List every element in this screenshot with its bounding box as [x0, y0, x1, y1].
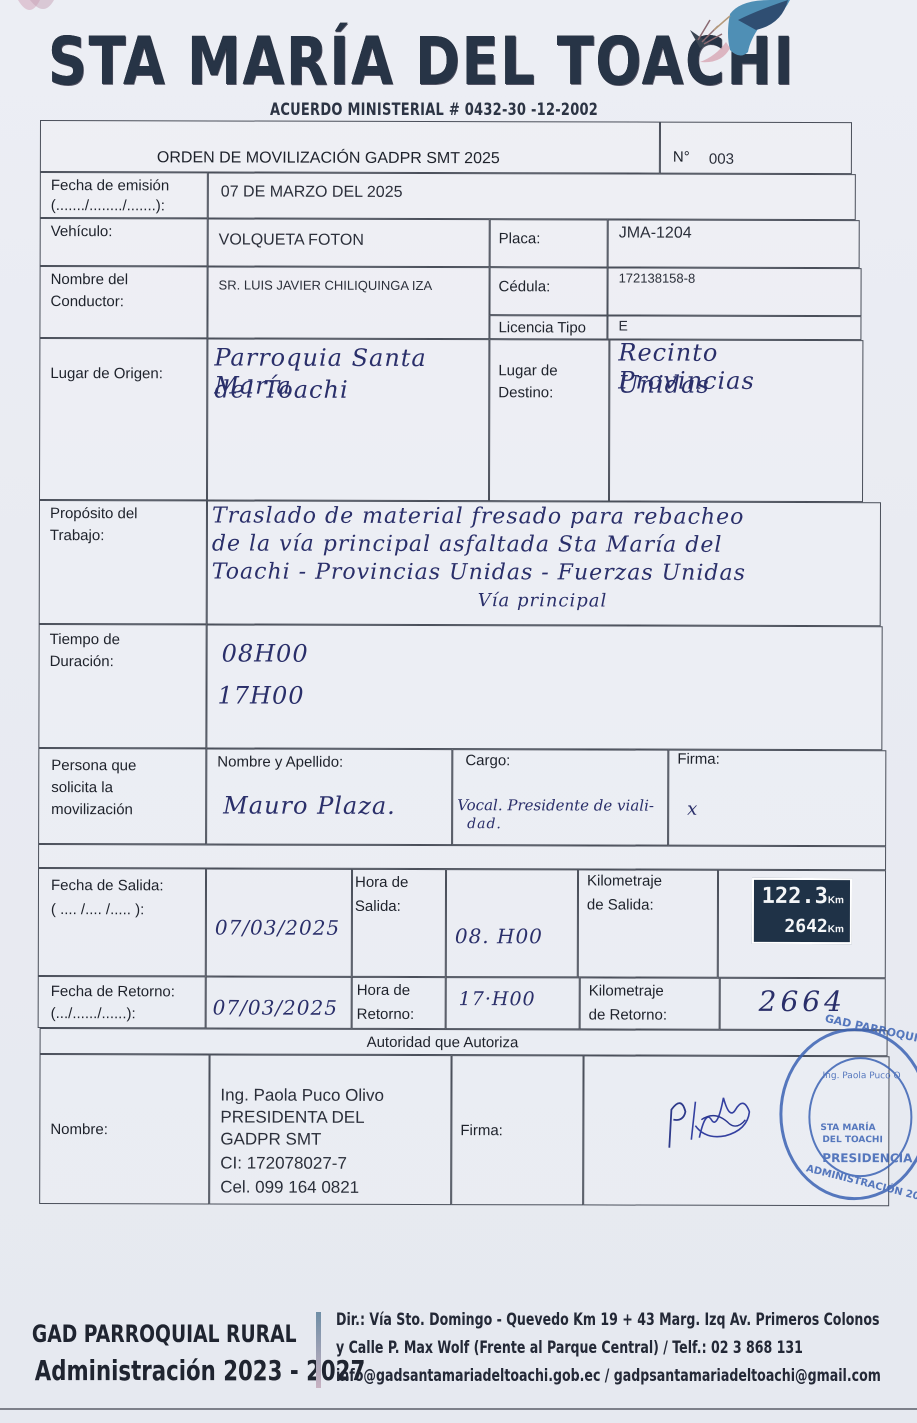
- footer-rule: [0, 1408, 917, 1410]
- stamp-role: PRESIDENCIA: [822, 1151, 912, 1165]
- autoridad-value-cell[interactable]: Ing. Paola Puco Olivo PRESIDENTA DEL GAD…: [209, 1054, 451, 1205]
- proposito-value-cell[interactable]: Traslado de material fresado para rebach…: [207, 500, 881, 626]
- cedula-label: Cédula:: [499, 276, 551, 298]
- origen-label: Lugar de Origen:: [50, 363, 163, 385]
- tiempo-value-cell[interactable]: 08H00 17H00: [206, 624, 882, 750]
- destino-label-2: Destino:: [498, 382, 553, 404]
- placa-label: Placa:: [499, 228, 541, 250]
- firma-solicitante-cell[interactable]: Firma: x: [668, 750, 886, 847]
- odometer-trip: 122.3: [762, 884, 828, 909]
- autoridad-line-4: CI: 172078027-7: [220, 1153, 347, 1173]
- fecha-retorno-value-cell[interactable]: 07/03/2025: [206, 976, 352, 1028]
- conductor-value: SR. LUIS JAVIER CHILIQUINGA IZA: [219, 277, 433, 293]
- footer-address-2: y Calle P. Max Wolf (Frente al Parque Ce…: [336, 1334, 795, 1362]
- brand-title: STA MARÍA DEL TOACHI: [48, 22, 589, 102]
- signature-icon: [665, 1090, 765, 1150]
- cedula-label-cell: Cédula:: [489, 267, 607, 315]
- vehiculo-label-cell: Vehículo:: [40, 218, 208, 266]
- autoridad-header-cell: Autoridad que Autoriza: [40, 1028, 888, 1056]
- fecha-retorno-label: Fecha de Retorno:: [51, 981, 175, 1003]
- proposito-line-1: Traslado de material fresado para rebach…: [212, 503, 745, 529]
- fecha-salida-value-cell[interactable]: 07/03/2025: [206, 868, 352, 976]
- autoridad-line-1: Ing. Paola Puco Olivo: [220, 1085, 384, 1105]
- licencia-value-cell[interactable]: E: [607, 315, 861, 340]
- fecha-emision-label: Fecha de emisión: [51, 175, 169, 197]
- hora-salida-label-1: Hora de: [355, 872, 408, 894]
- licencia-label-cell: Licencia Tipo: [489, 315, 607, 339]
- odometer-photo: 122.3Km 2642Km: [752, 878, 852, 944]
- tiempo-inicio: 08H00: [222, 639, 309, 667]
- odometer-unit-trip: Km: [828, 895, 844, 906]
- vehiculo-label: Vehículo:: [51, 221, 113, 243]
- footer-org-1: GAD PARROQUIAL RURAL: [32, 1320, 258, 1348]
- form-title: ORDEN DE MOVILIZACIÓN GADPR SMT 2025: [157, 147, 500, 170]
- stamp-logo-1: STA MARÍA: [820, 1123, 875, 1133]
- title-cell: ORDEN DE MOVILIZACIÓN GADPR SMT 2025: [40, 120, 660, 174]
- nombre-label: Nombre:: [50, 1119, 108, 1141]
- km-retorno-label-2: de Retorno:: [589, 1004, 667, 1026]
- cargo-cell[interactable]: Cargo: Vocal. Presidente de viali- dad.: [452, 749, 668, 846]
- conductor-label-cell: Nombre del Conductor:: [39, 266, 207, 338]
- cedula-value-cell[interactable]: 172138158-8: [607, 267, 861, 316]
- autoridad-firma-label-cell: Firma:: [451, 1055, 583, 1205]
- fecha-emision-value: 07 DE MARZO DEL 2025: [221, 183, 403, 201]
- destino-label-cell: Lugar de Destino:: [489, 339, 609, 501]
- fecha-salida-format: ( .... /.... /..... ):: [51, 899, 144, 921]
- nombre-apellido-value: Mauro Plaza.: [223, 791, 396, 819]
- origen-value-2: del Toachi: [214, 375, 348, 403]
- fecha-salida-label-cell: Fecha de Salida: ( .... /.... /..... ):: [38, 868, 206, 976]
- odometer-total: 2642: [784, 916, 827, 937]
- autoridad-firma-label: Firma:: [460, 1120, 503, 1142]
- stamp-logo-2: DEL TOACHI: [822, 1135, 883, 1145]
- hora-retorno-value: 17·H00: [459, 988, 536, 1010]
- km-salida-label-cell: Kilometraje de Salida:: [578, 869, 718, 977]
- fecha-emision-value-cell[interactable]: 07 DE MARZO DEL 2025: [208, 172, 856, 220]
- tiempo-label-cell: Tiempo de Duración:: [38, 624, 206, 748]
- km-retorno-label-cell: Kilometraje de Retorno:: [580, 977, 720, 1029]
- cedula-value: 172138158-8: [619, 271, 696, 286]
- proposito-line-2: de la vía principal asfaltada Sta María …: [212, 531, 723, 557]
- licencia-value: E: [618, 318, 627, 334]
- km-retorno-label-1: Kilometraje: [589, 980, 664, 1002]
- conductor-label-1: Nombre del: [51, 269, 129, 291]
- hora-salida-value: 08. H00: [455, 924, 543, 948]
- vehiculo-value: VOLQUETA FOTON: [219, 231, 364, 249]
- order-number: 003: [709, 151, 734, 168]
- proposito-label-cell: Propósito del Trabajo:: [39, 500, 207, 624]
- solicita-label-2: solicita la: [51, 777, 113, 799]
- conductor-value-cell[interactable]: SR. LUIS JAVIER CHILIQUINGA IZA: [207, 266, 489, 339]
- proposito-line-4: Vía principal: [478, 590, 608, 611]
- cargo-value-2: dad.: [467, 816, 502, 832]
- cargo-value-1: Vocal. Presidente de viali-: [457, 796, 654, 815]
- cargo-label: Cargo:: [465, 750, 510, 772]
- conductor-label-2: Conductor:: [50, 291, 123, 313]
- autoridad-line-2: PRESIDENTA DEL: [220, 1107, 364, 1127]
- origen-label-cell: Lugar de Origen:: [39, 338, 207, 500]
- placa-value: JMA-1204: [619, 225, 692, 243]
- hora-salida-label-cell: Hora de Salida:: [352, 869, 446, 977]
- destino-label-1: Lugar de: [498, 360, 557, 382]
- mobilization-order-form: ORDEN DE MOVILIZACIÓN GADPR SMT 2025 N° …: [37, 120, 892, 1208]
- tiempo-label-2: Duración:: [50, 651, 114, 673]
- spacer-row: [38, 844, 886, 870]
- placa-label-cell: Placa:: [490, 219, 608, 267]
- fecha-salida-value: 07/03/2025: [215, 915, 340, 939]
- proposito-label-1: Propósito del: [50, 503, 138, 525]
- hora-salida-value-cell[interactable]: 08. H00: [446, 869, 578, 977]
- solicita-label-1: Persona que: [51, 755, 136, 777]
- nombre-apellido-cell[interactable]: Nombre y Apellido: Mauro Plaza.: [206, 748, 452, 845]
- proposito-line-3: Toachi - Provincias Unidas - Fuerzas Uni…: [212, 559, 746, 585]
- fecha-emision-label-cell: Fecha de emisión (......./......../.....…: [40, 172, 208, 218]
- footer-emails[interactable]: info@gadsantamariadeltoachi.gob.ec / gad…: [336, 1362, 795, 1390]
- fecha-retorno-label-cell: Fecha de Retorno: (.../....../......):: [38, 976, 206, 1028]
- autoridad-line-5: Cel. 099 164 0821: [220, 1177, 359, 1197]
- hora-retorno-label-1: Hora de: [357, 980, 410, 1002]
- licencia-label: Licencia Tipo: [498, 317, 586, 339]
- acuerdo-ministerial: ACUERDO MINISTERIAL # 0432-30 -12-2002: [270, 100, 627, 120]
- hora-salida-label-2: Salida:: [355, 896, 401, 918]
- number-cell: N° 003: [660, 122, 852, 175]
- solicita-label-3: movilización: [51, 799, 133, 821]
- firma-solicitante-value: x: [687, 799, 698, 820]
- footer-contact: Dir.: Vía Sto. Domingo - Quevedo Km 19 +…: [336, 1306, 795, 1390]
- hora-retorno-label-cell: Hora de Retorno:: [352, 977, 446, 1029]
- placa-value-cell[interactable]: JMA-1204: [608, 219, 860, 268]
- nombre-apellido-label: Nombre y Apellido:: [217, 751, 343, 773]
- footer-divider: [316, 1312, 321, 1388]
- vehiculo-value-cell[interactable]: VOLQUETA FOTON: [208, 218, 490, 267]
- hummingbird-icon: [670, 0, 810, 80]
- origen-value-cell[interactable]: Parroquia Santa María del Toachi: [207, 338, 489, 501]
- stamp-name: Ing. Paola Puco O: [822, 1071, 900, 1081]
- footer-address-1: Dir.: Vía Sto. Domingo - Quevedo Km 19 +…: [336, 1306, 795, 1334]
- document-page: STA MARÍA DEL TOACHI ACUERDO MINISTERIAL…: [0, 0, 917, 1423]
- km-salida-label-2: de Salida:: [587, 894, 654, 916]
- tiempo-label-1: Tiempo de: [50, 629, 120, 651]
- autoridad-label: Autoridad que Autoriza: [367, 1032, 519, 1054]
- fecha-salida-label: Fecha de Salida:: [51, 875, 164, 897]
- fecha-retorno-format: (.../....../......):: [51, 1003, 136, 1025]
- destino-value-cell[interactable]: Recinto Provincias Unidas: [609, 339, 863, 502]
- number-label: N°: [673, 147, 690, 169]
- autoridad-line-3: GADPR SMT: [220, 1129, 321, 1149]
- footer-org-2: Administración 2023 - 2027: [35, 1354, 255, 1387]
- hora-retorno-label-2: Retorno:: [357, 1004, 415, 1026]
- proposito-label-2: Trabajo:: [50, 525, 105, 547]
- footer-organization: GAD PARROQUIAL RURAL Administración 2023…: [0, 1320, 290, 1387]
- firma-solicitante-label: Firma:: [677, 749, 720, 771]
- fecha-retorno-value: 07/03/2025: [213, 995, 338, 1019]
- fecha-emision-format: (......./......../.......):: [51, 195, 165, 217]
- nombre-label-cell: Nombre:: [39, 1054, 209, 1204]
- hora-retorno-value-cell[interactable]: 17·H00: [446, 977, 580, 1029]
- solicita-label-cell: Persona que solicita la movilización: [38, 748, 206, 844]
- destino-value-2: Unidas: [618, 371, 709, 399]
- tiempo-fin: 17H00: [217, 681, 304, 709]
- km-salida-label-1: Kilometraje: [587, 870, 662, 892]
- odometer-unit-total: Km: [828, 924, 844, 935]
